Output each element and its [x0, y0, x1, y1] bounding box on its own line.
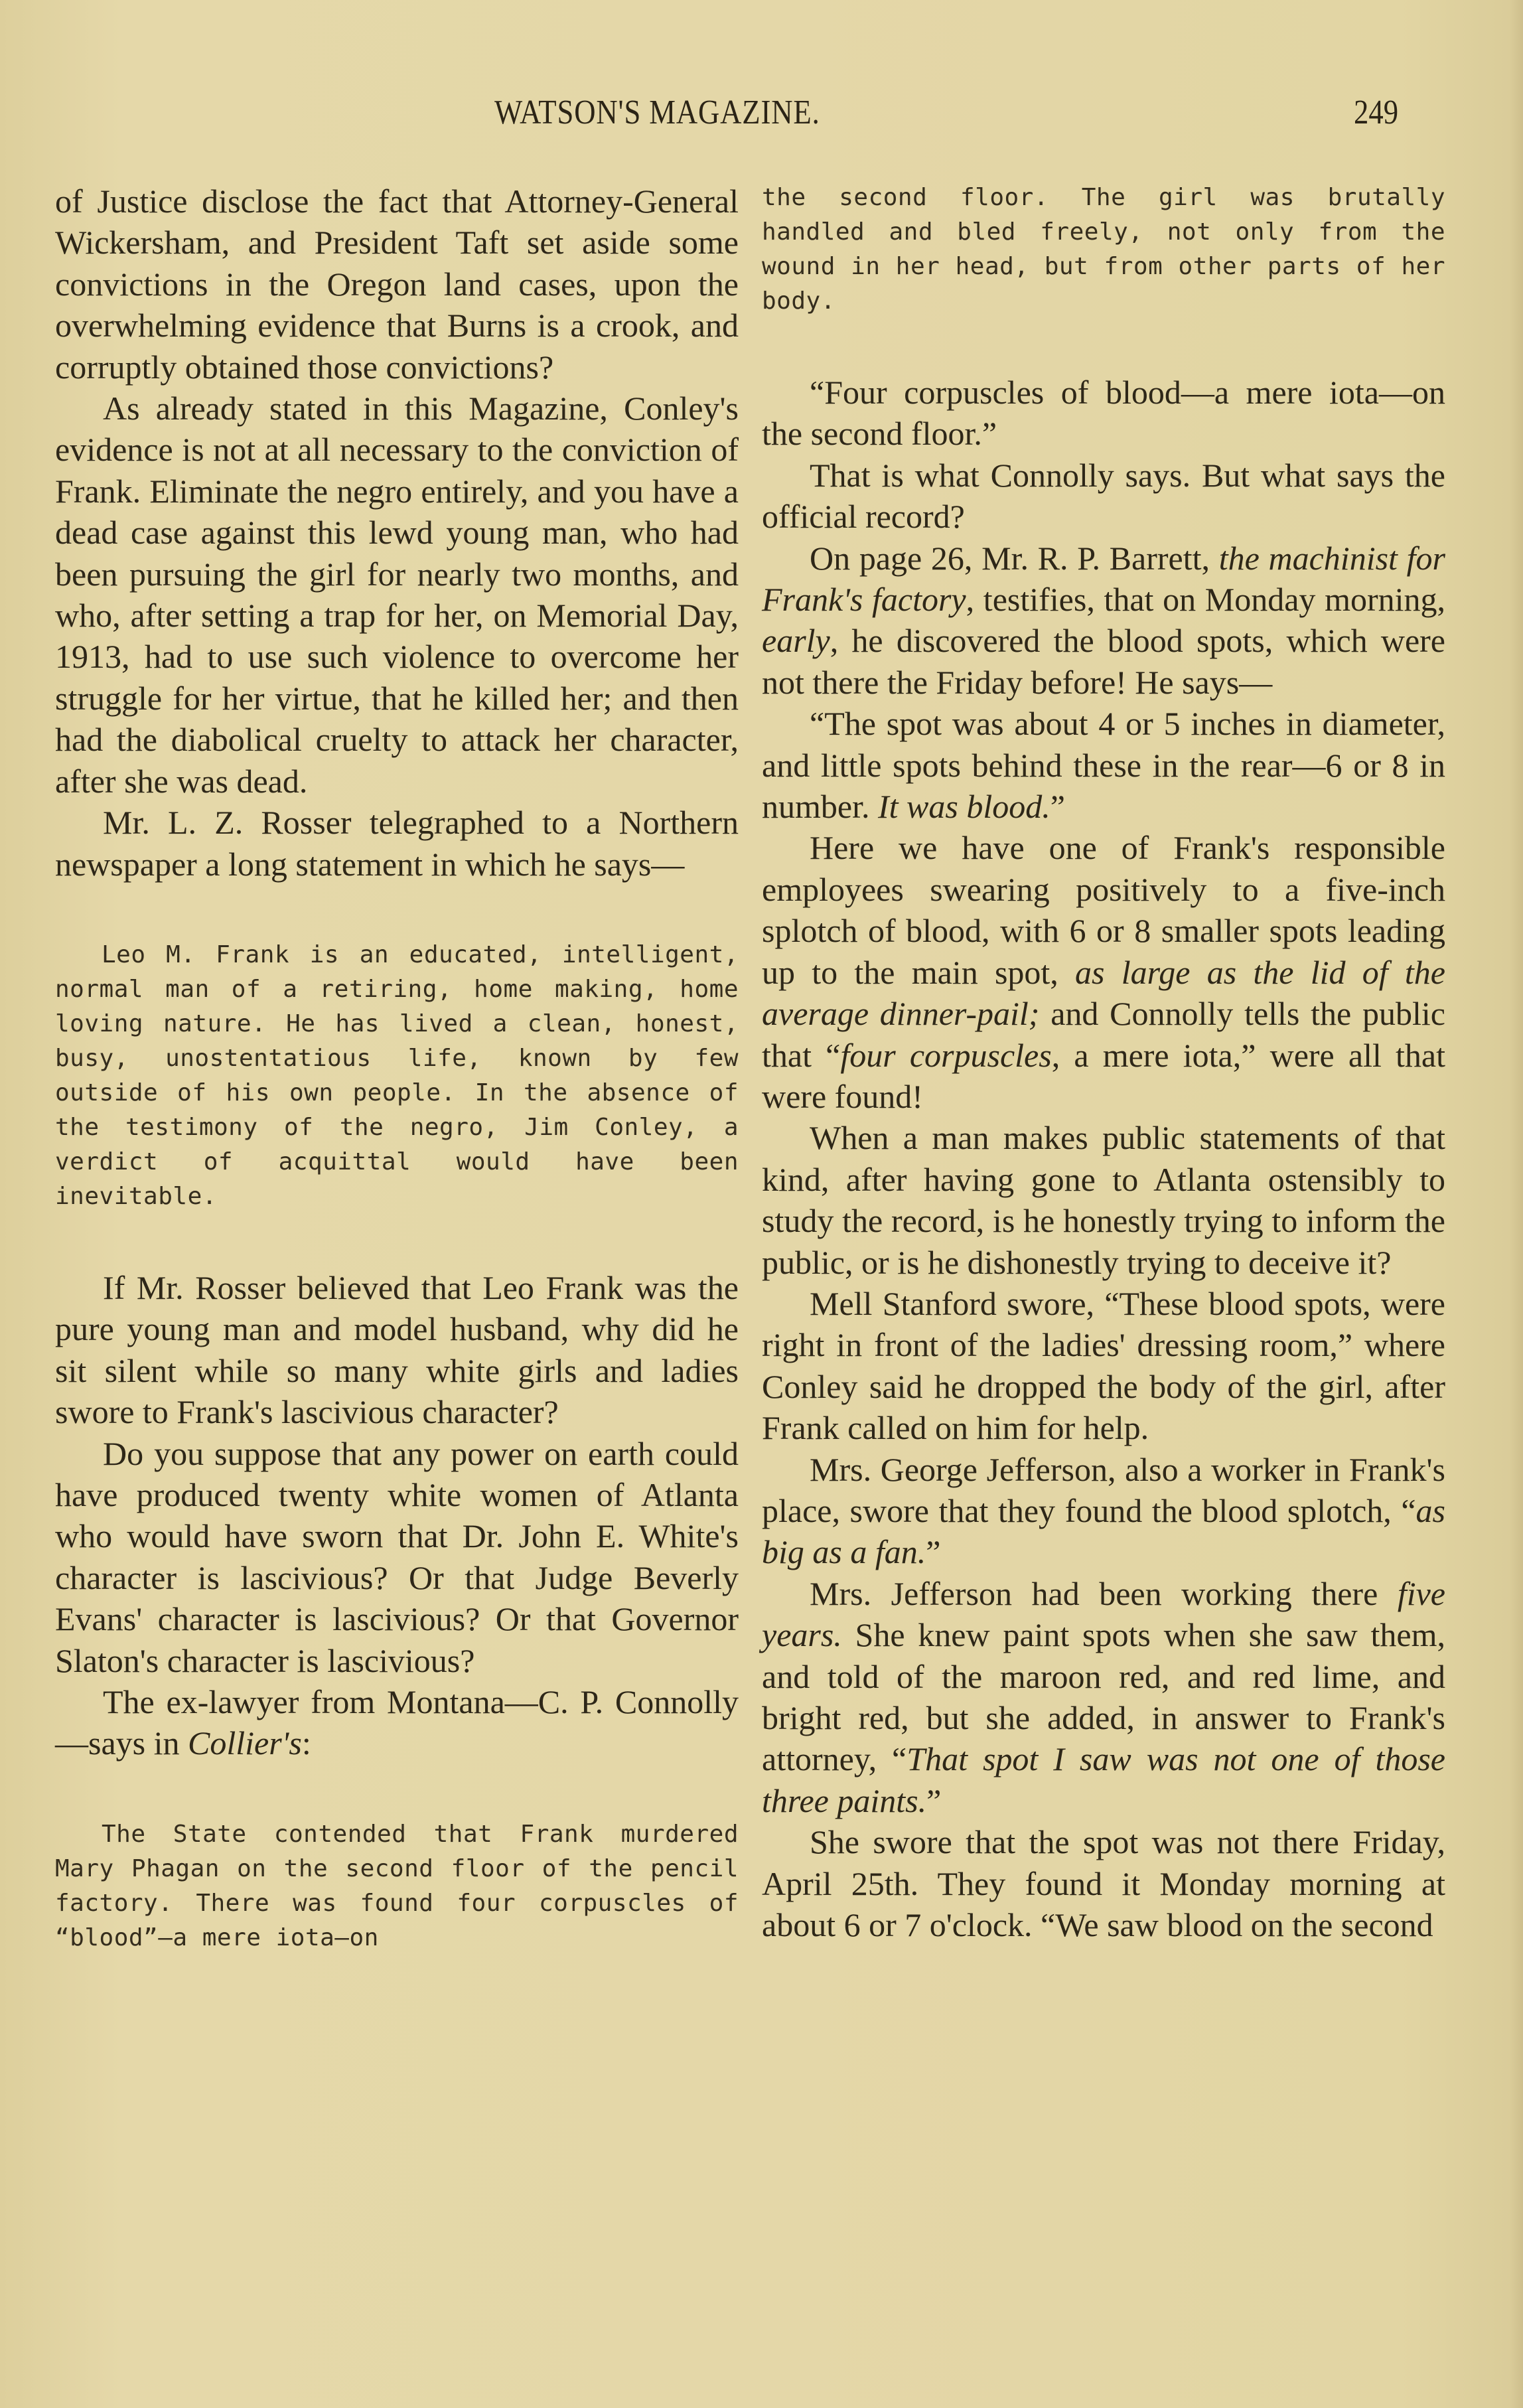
paragraph: Do you suppose that any power on earth c…: [55, 1433, 739, 1681]
text-run: :: [302, 1724, 311, 1762]
paragraph: When a man makes public statements of th…: [762, 1117, 1445, 1283]
paragraph: Mrs. George Jefferson, also a worker in …: [762, 1449, 1445, 1573]
running-title: WATSON'S MAGAZINE.: [494, 93, 820, 132]
italic-run: four corpuscles: [840, 1037, 1051, 1074]
text-run: Mrs. George Jefferson, also a worker in …: [762, 1451, 1445, 1529]
block-quote-connolly-continued: the second floor. The girl was brutally …: [762, 181, 1445, 319]
running-head: WATSON'S MAGAZINE. 249: [0, 93, 1523, 146]
spacer: [762, 319, 1445, 372]
text-run: , he discovered the blood spots, which w…: [762, 622, 1445, 700]
text-run: Mrs. Jefferson had been working there: [810, 1575, 1398, 1612]
paragraph: That is what Connolly says. But what say…: [762, 455, 1445, 538]
text-run: On page 26, Mr. R. P. Barrett,: [810, 540, 1219, 577]
text-run: , testifies, that on Monday morning,: [966, 581, 1445, 618]
right-column: the second floor. The girl was brutally …: [762, 181, 1445, 1945]
paragraph: On page 26, Mr. R. P. Barrett, the machi…: [762, 538, 1445, 704]
block-quote-rosser: Leo M. Frank is an educated, intelligent…: [55, 938, 739, 1214]
page-edge-shadow: [1510, 0, 1523, 2408]
text-run: ”: [926, 1782, 941, 1819]
paragraph: of Justice disclose the fact that Attorn…: [55, 181, 739, 388]
spacer: [55, 1764, 739, 1817]
left-column: of Justice disclose the fact that Attorn…: [55, 181, 739, 1955]
text-run: “The spot was about 4 or 5 inches in dia…: [762, 705, 1445, 825]
spacer: [55, 1214, 739, 1267]
paragraph: Mrs. Jefferson had been working there fi…: [762, 1573, 1445, 1821]
text-run: ”: [1051, 788, 1065, 825]
paragraph: Mell Stanford swore, “These blood spots,…: [762, 1283, 1445, 1449]
text-run: The ex-lawyer from Montana—C. P. Connoll…: [55, 1683, 739, 1762]
page-number: 249: [1354, 93, 1398, 132]
paragraph: The ex-lawyer from Montana—C. P. Connoll…: [55, 1681, 739, 1764]
paragraph: As already stated in this Magazine, Conl…: [55, 388, 739, 802]
italic-run: early: [762, 622, 830, 659]
italic-run: It was blood.: [878, 788, 1051, 825]
spacer: [55, 885, 739, 938]
paragraph: “Four corpuscles of blood—a mere iota—on…: [762, 372, 1445, 455]
paragraph: “The spot was about 4 or 5 inches in dia…: [762, 703, 1445, 827]
magazine-page: WATSON'S MAGAZINE. 249 of Justice disclo…: [0, 0, 1523, 2408]
paragraph: Here we have one of Frank's responsible …: [762, 827, 1445, 1117]
paragraph: If Mr. Rosser believed that Leo Frank wa…: [55, 1267, 739, 1433]
paragraph: Mr. L. Z. Rosser telegraphed to a Northe…: [55, 802, 739, 885]
text-run: ”: [926, 1533, 940, 1570]
paragraph: She swore that the spot was not there Fr…: [762, 1821, 1445, 1945]
italic-run: Collier's: [188, 1724, 302, 1762]
block-quote-connolly: The State contended that Frank murdered …: [55, 1817, 739, 1955]
